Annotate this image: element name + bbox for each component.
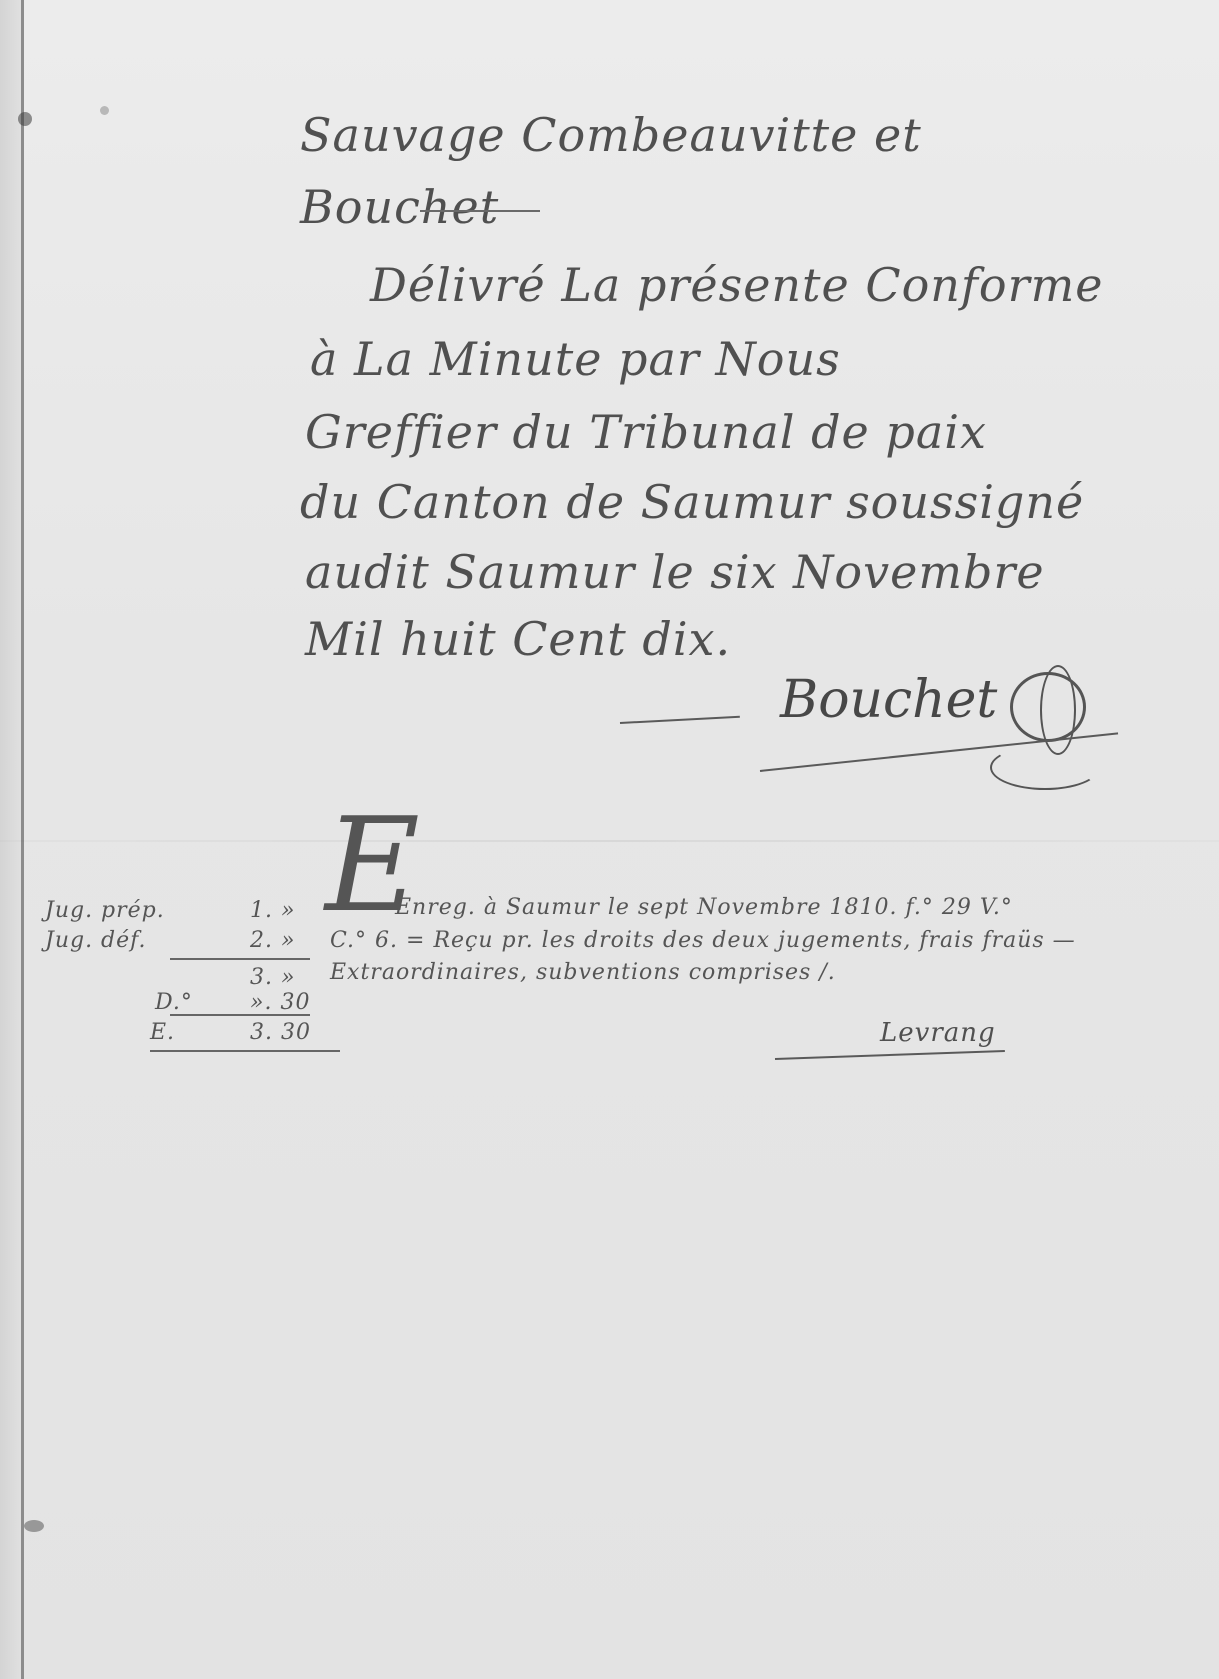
ledger-label-5: E. <box>150 1020 175 1045</box>
ledger-amount-2: 2. » <box>250 928 295 953</box>
ink-spot <box>100 106 109 115</box>
ledger-amount-5: 3. 30 <box>250 1020 311 1045</box>
text-line-7: audit Saumur le six Novembre <box>305 545 1045 599</box>
text-line-3: Délivré La présente Conforme <box>370 258 1103 312</box>
ledger-rule <box>170 958 310 960</box>
text-line-5: Greffier du Tribunal de paix <box>305 405 987 459</box>
document-page: Sauvage Combeauvitte et Bouchet Délivré … <box>0 0 1219 1679</box>
text-line-6: du Canton de Saumur soussigné <box>300 475 1084 529</box>
binding-hole <box>24 1520 44 1532</box>
underline-stroke <box>420 210 540 212</box>
ledger-rule <box>150 1050 340 1052</box>
registration-line-3: Extraordinaires, subventions comprises /… <box>330 960 836 985</box>
text-line-8: Mil huit Cent dix. <box>305 612 731 666</box>
text-line-4: à La Minute par Nous <box>310 332 841 386</box>
fold-crease <box>0 840 1219 842</box>
ledger-label-1: Jug. prép. <box>45 898 165 923</box>
signature-swash <box>990 745 1100 790</box>
text-line-1: Sauvage Combeauvitte et <box>300 108 922 162</box>
registration-line-2: C.° 6. = Reçu pr. les droits des deux ju… <box>330 928 1076 953</box>
ledger-amount-4: ». 30 <box>250 990 310 1015</box>
ledger-label-4: D.° <box>155 990 193 1015</box>
text-line-2: Bouchet <box>300 180 499 234</box>
signature-bouchet: Bouchet <box>780 670 997 730</box>
ledger-amount-1: 1. » <box>250 898 295 923</box>
registration-line-1: Enreg. à Saumur le sept Novembre 1810. f… <box>395 895 1013 920</box>
ledger-rule <box>170 1014 310 1016</box>
binding-hole <box>18 112 32 126</box>
signature-dash <box>620 716 740 724</box>
signature-levrang: Levrang <box>880 1018 996 1048</box>
ledger-label-2: Jug. déf. <box>45 928 147 953</box>
ledger-amount-3: 3. » <box>250 965 295 990</box>
signature-2-flourish <box>775 1050 1005 1060</box>
